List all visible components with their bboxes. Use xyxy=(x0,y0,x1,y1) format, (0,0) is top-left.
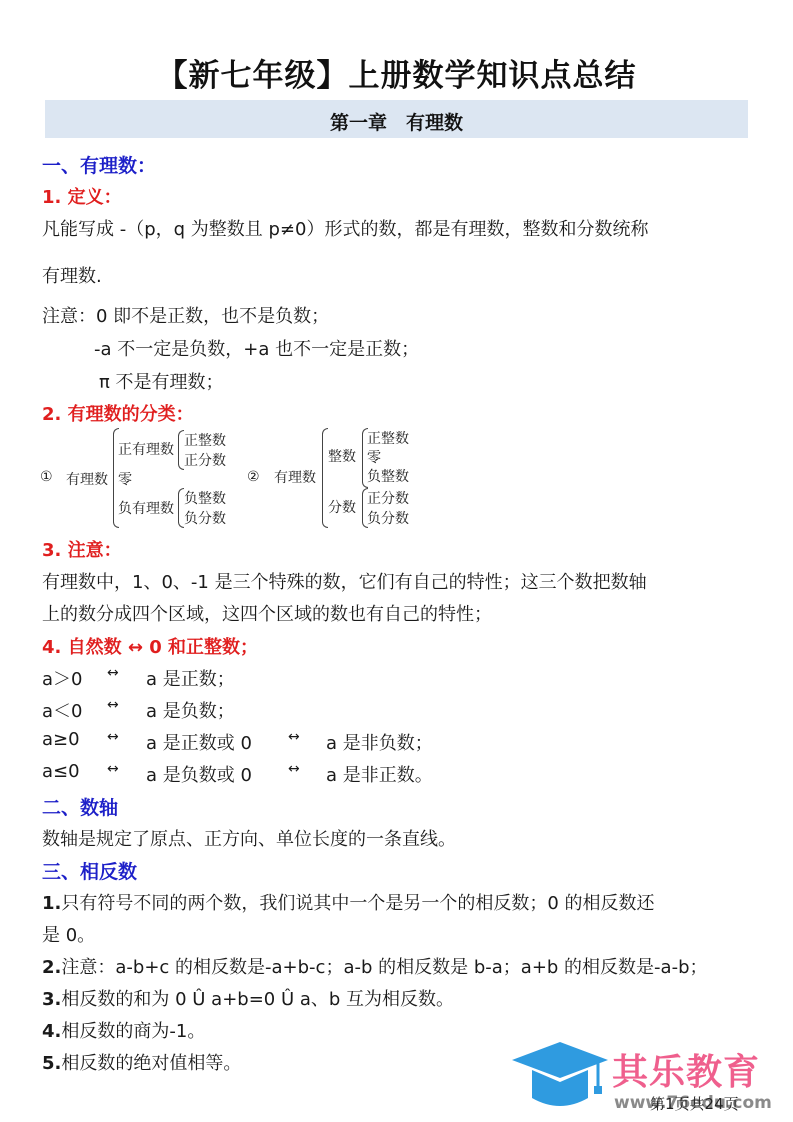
rule-result-2: a 是非正数。 xyxy=(326,761,433,787)
iff-arrow-icon: ↔ xyxy=(107,665,119,681)
diagram2-pos-int: 正整数 xyxy=(367,428,409,448)
diagram2-fraction: 分数 xyxy=(328,497,356,517)
diagram1-pos-frac: 正分数 xyxy=(184,450,226,470)
iff-arrow-icon: ↔ xyxy=(107,697,119,713)
diagram1-neg-int: 负整数 xyxy=(184,488,226,508)
iff-arrow-icon: ↔ xyxy=(288,761,300,777)
document-title: 【新七年级】上册数学知识点总结 xyxy=(0,50,793,95)
page-number: 第1页共24页 xyxy=(650,1093,739,1114)
list-item: 5.相反数的绝对值相等。 xyxy=(42,1049,241,1075)
subheading-natural-numbers: 4. 自然数 ↔ 0 和正整数； xyxy=(42,633,258,659)
diagram2-neg-frac: 负分数 xyxy=(367,508,409,528)
diagram1-negative: 负有理数 xyxy=(118,498,174,518)
subheading-definition: 1. 定义： xyxy=(42,183,122,209)
list-item: 1.只有符号不同的两个数，我们说其中一个是另一个的相反数；0 的相反数还 xyxy=(42,889,655,915)
iff-arrow-icon: ↔ xyxy=(107,761,119,777)
list-item: 4.相反数的商为-1。 xyxy=(42,1017,205,1043)
rule-result: a 是正数或 0 xyxy=(146,729,252,755)
rule-cond: a＞0 xyxy=(42,665,82,691)
diagram2-zero: 零 xyxy=(367,447,381,467)
rule-cond: a＜0 xyxy=(42,697,82,723)
list-item: 是 0。 xyxy=(42,921,95,947)
brand-logo-text: 其乐教育 xyxy=(612,1044,760,1095)
subheading-attention: 3. 注意： xyxy=(42,536,122,562)
list-item: 2.注意：a-b+c 的相反数是-a+b-c；a-b 的相反数是 b-a；a+b… xyxy=(42,953,708,979)
attention-line-1: 有理数中，1、0、-1 是三个特殊的数，它们有自己的特性；这三个数把数轴 xyxy=(42,568,647,594)
diagram1-zero: 零 xyxy=(118,469,132,489)
note-line-1: 注意：0 即不是正数，也不是负数； xyxy=(42,302,329,328)
diagram2-neg-int: 负整数 xyxy=(367,466,409,486)
rule-result-2: a 是非负数； xyxy=(326,729,433,755)
iff-arrow-icon: ↔ xyxy=(288,729,300,745)
diagram1-neg-frac: 负分数 xyxy=(184,508,226,528)
section-heading-number-line: 二、数轴 xyxy=(42,793,118,820)
diagram1-root: 有理数 xyxy=(66,469,108,489)
section-heading-rational-numbers: 一、有理数： xyxy=(42,151,156,178)
rule-cond: a≥0 xyxy=(42,729,80,750)
rule-result: a 是负数或 0 xyxy=(146,761,252,787)
diagram2-root: 有理数 xyxy=(274,467,316,487)
rule-result: a 是负数； xyxy=(146,697,235,723)
diagram2-marker: ② xyxy=(247,469,260,485)
section-heading-opposite-numbers: 三、相反数 xyxy=(42,857,137,884)
rule-cond: a≤0 xyxy=(42,761,80,782)
diagram1-pos-int: 正整数 xyxy=(184,430,226,450)
definition-line-1: 凡能写成 -（p，q 为整数且 p≠0）形式的数，都是有理数，整数和分数统称 xyxy=(42,215,648,241)
note-line-2: -a 不一定是负数，+a 也不一定是正数； xyxy=(94,335,419,361)
graduation-cap-icon xyxy=(510,1040,610,1112)
iff-arrow-icon: ↔ xyxy=(107,729,119,745)
attention-line-2: 上的数分成四个区域，这四个区域的数也有自己的特性； xyxy=(42,600,492,626)
note-line-3: π 不是有理数； xyxy=(99,368,224,394)
list-item: 3.相反数的和为 0 Û a+b=0 Û a、b 互为相反数。 xyxy=(42,985,454,1011)
number-line-definition: 数轴是规定了原点、正方向、单位长度的一条直线。 xyxy=(42,825,456,851)
chapter-title: 第一章 有理数 xyxy=(45,108,748,135)
rule-result: a 是正数； xyxy=(146,665,235,691)
diagram2-pos-frac: 正分数 xyxy=(367,488,409,508)
diagram1-marker: ① xyxy=(40,469,53,485)
subheading-classification: 2. 有理数的分类： xyxy=(42,400,194,426)
diagram2-integer: 整数 xyxy=(328,446,356,466)
diagram1-positive: 正有理数 xyxy=(118,439,174,459)
definition-line-2: 有理数. xyxy=(42,262,102,288)
